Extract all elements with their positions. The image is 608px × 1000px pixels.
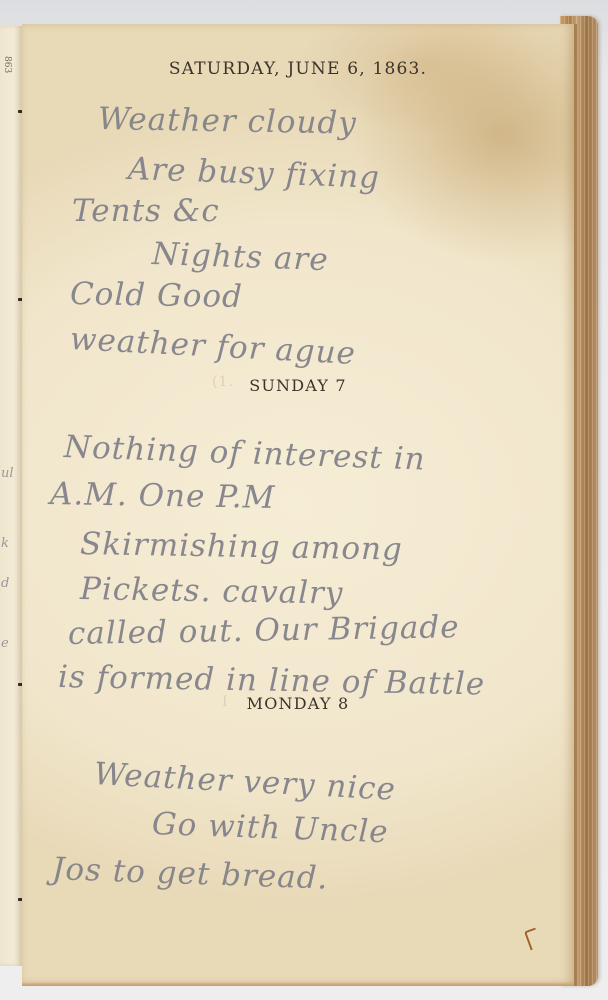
page-date-heading: SATURDAY, JUNE 6, 1863. [22, 59, 574, 79]
handwritten-line: Cold Good [70, 279, 243, 313]
day-heading-monday: MONDAY 8 [22, 694, 574, 713]
handwritten-line: Weather very nice [93, 759, 396, 806]
handwritten-line: Tents &c [72, 196, 220, 227]
handwritten-line: A.M. One P.M [50, 479, 276, 514]
left-page-handwriting: e [1, 636, 9, 651]
handwritten-line: Jos to get bread. [51, 854, 328, 895]
day-heading-sunday: SUNDAY 7 [22, 376, 574, 395]
left-page-handwriting: k [1, 536, 9, 551]
left-page-handwriting: ul [1, 466, 14, 481]
handwritten-line: Pickets. cavalry [80, 574, 344, 610]
handwritten-line: weather for ague [69, 324, 356, 370]
handwritten-line: Nights are [151, 239, 329, 276]
left-page-print-fragment: 863 [2, 56, 12, 73]
handwritten-line: Weather cloudy [98, 104, 357, 140]
handwritten-line: Go with Uncle [151, 809, 389, 848]
handwritten-line: called out. Our Brigade [68, 612, 460, 650]
handwritten-line: Skirmishing among [80, 529, 403, 566]
handwritten-line: Nothing of interest in [63, 432, 426, 476]
left-facing-page: 863 ul k d e [0, 26, 23, 966]
diary-photo: 863 ul k d e SATURDAY, JUNE 6, 1863. Wea… [0, 0, 608, 1000]
left-page-handwriting: d [1, 576, 9, 591]
diary-page: SATURDAY, JUNE 6, 1863. Weather cloudy A… [22, 24, 577, 986]
page-bottom-edge [22, 982, 574, 986]
handwritten-line: Are busy fixing [127, 154, 380, 194]
paper-tear-mark [524, 928, 542, 951]
